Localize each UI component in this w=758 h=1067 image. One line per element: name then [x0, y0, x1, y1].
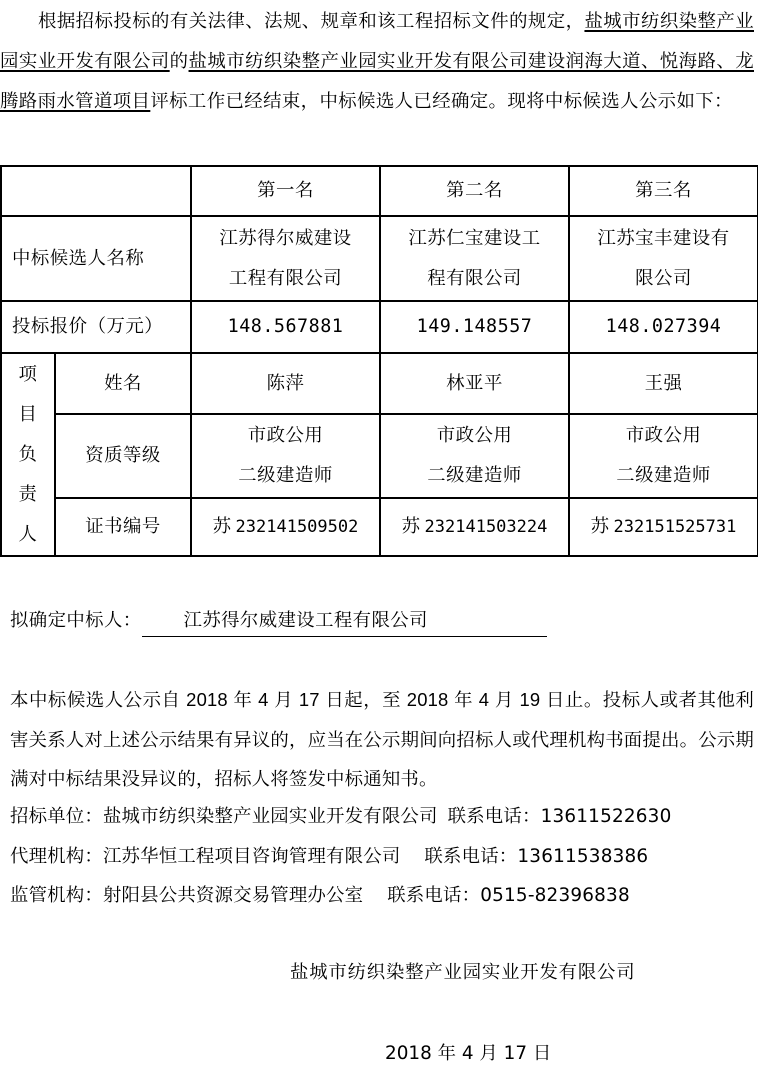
contact-agency: 代理机构：江苏华恒工程项目咨询管理有限公司联系电话：13611538386	[10, 842, 648, 872]
intro-suffix: 评标工作已经结束，中标候选人已经确定。现将中标候选人公示如下：	[150, 91, 733, 112]
cert-number: 232141503224	[425, 517, 548, 537]
contact-role: 代理机构：	[10, 846, 103, 867]
candidates-table: 第一名 第二名 第三名 中标候选人名称 江苏得尔威建设工程有限公司 江苏仁宝建设…	[0, 165, 758, 557]
proposed-winner-value: 江苏得尔威建设工程有限公司	[142, 606, 547, 637]
cert-cell: 苏232151525731	[569, 498, 758, 556]
manager-group-char: 项	[2, 355, 54, 395]
intro-prefix: 根据招标投标的有关法律、法规、规章和该工程招标文件的规定，	[38, 11, 584, 32]
candidate-name-cell: 江苏宝丰建设有限公司	[569, 216, 758, 301]
contact-role: 监管机构：	[10, 885, 103, 906]
candidate-name-line: 程有限公司	[381, 259, 568, 299]
candidate-name-cell: 江苏仁宝建设工程有限公司	[380, 216, 569, 301]
qualification-cell: 市政公用二级建造师	[380, 414, 569, 498]
contact-phone-label: 联系电话：	[387, 885, 480, 906]
intro-connector: 的	[170, 51, 189, 72]
manager-name-label: 姓名	[55, 353, 191, 414]
qualification-cell: 市政公用二级建造师	[191, 414, 380, 498]
contact-phone-label: 联系电话：	[424, 846, 517, 867]
manager-name-row: 项 目 负 责 人 姓名 陈萍 林亚平 王强	[1, 353, 758, 414]
cert-prefix: 苏	[402, 516, 421, 537]
manager-name-cell: 王强	[569, 353, 758, 414]
qualification-line: 市政公用	[570, 416, 757, 456]
qualification-line: 二级建造师	[381, 456, 568, 496]
contact-phone-label: 联系电话：	[448, 806, 541, 827]
candidate-name-row: 中标候选人名称 江苏得尔威建设工程有限公司 江苏仁宝建设工程有限公司 江苏宝丰建…	[1, 216, 758, 301]
header-corner-cell	[1, 166, 191, 216]
candidate-name-label: 中标候选人名称	[1, 216, 191, 301]
qualification-row: 资质等级 市政公用二级建造师 市政公用二级建造师 市政公用二级建造师	[1, 414, 758, 498]
rank-header-2: 第二名	[380, 166, 569, 216]
cert-prefix: 苏	[591, 516, 610, 537]
manager-group-label: 项 目 负 责 人	[1, 353, 55, 556]
qualification-line: 市政公用	[192, 416, 379, 456]
price-cell: 148.027394	[569, 301, 758, 353]
header-row: 第一名 第二名 第三名	[1, 166, 758, 216]
manager-group-char: 责	[2, 475, 54, 515]
contact-org: 盐城市纺织染整产业园实业开发有限公司	[103, 806, 438, 827]
contact-org: 射阳县公共资源交易管理办公室	[103, 885, 363, 906]
qualification-line: 二级建造师	[192, 456, 379, 496]
manager-group-char: 人	[2, 515, 54, 555]
cert-number: 232141509502	[236, 517, 359, 537]
contact-phone: 13611538386	[517, 846, 648, 867]
manager-name-cell: 陈萍	[191, 353, 380, 414]
cert-cell: 苏232141503224	[380, 498, 569, 556]
cert-prefix: 苏	[213, 516, 232, 537]
candidate-name-line: 江苏宝丰建设有	[570, 219, 757, 259]
proposed-winner-label: 拟确定中标人：	[10, 610, 142, 631]
intro-paragraph: 根据招标投标的有关法律、法规、规章和该工程招标文件的规定，盐城市纺织染整产业园实…	[0, 2, 754, 122]
manager-name-cell: 林亚平	[380, 353, 569, 414]
qualification-line: 市政公用	[381, 416, 568, 456]
contact-tenderer: 招标单位：盐城市纺织染整产业园实业开发有限公司联系电话：13611522630	[10, 802, 672, 832]
candidate-name-line: 工程有限公司	[192, 259, 379, 299]
contact-supervisor: 监管机构：射阳县公共资源交易管理办公室联系电话：0515-82396838	[10, 881, 630, 911]
rank-header-1: 第一名	[191, 166, 380, 216]
price-row: 投标报价（万元） 148.567881 149.148557 148.02739…	[1, 301, 758, 353]
qualification-label: 资质等级	[55, 414, 191, 498]
signature-date: 2018 年 4 月 17 日	[385, 1039, 551, 1067]
publicity-notice: 本中标候选人公示自 2018 年 4 月 17 日起，至 2018 年 4 月 …	[10, 680, 754, 799]
qualification-cell: 市政公用二级建造师	[569, 414, 758, 498]
price-cell: 148.567881	[191, 301, 380, 353]
manager-group-char: 目	[2, 395, 54, 435]
candidate-name-line: 江苏仁宝建设工	[381, 219, 568, 259]
candidate-name-line: 江苏得尔威建设	[192, 219, 379, 259]
cert-number: 232151525731	[614, 517, 737, 537]
cert-cell: 苏232141509502	[191, 498, 380, 556]
qualification-line: 二级建造师	[570, 456, 757, 496]
proposed-winner: 拟确定中标人：江苏得尔威建设工程有限公司	[10, 603, 547, 639]
price-cell: 149.148557	[380, 301, 569, 353]
candidate-name-cell: 江苏得尔威建设工程有限公司	[191, 216, 380, 301]
contact-phone: 0515-82396838	[480, 885, 630, 906]
contact-phone: 13611522630	[541, 806, 672, 827]
contact-org: 江苏华恒工程项目咨询管理有限公司	[103, 846, 400, 867]
cert-label: 证书编号	[55, 498, 191, 556]
cert-row: 证书编号 苏232141509502 苏232141503224 苏232151…	[1, 498, 758, 556]
price-label: 投标报价（万元）	[1, 301, 191, 353]
rank-header-3: 第三名	[569, 166, 758, 216]
manager-group-char: 负	[2, 435, 54, 475]
signature-org: 盐城市纺织染整产业园实业开发有限公司	[290, 958, 635, 988]
contact-role: 招标单位：	[10, 806, 103, 827]
candidate-name-line: 限公司	[570, 259, 757, 299]
